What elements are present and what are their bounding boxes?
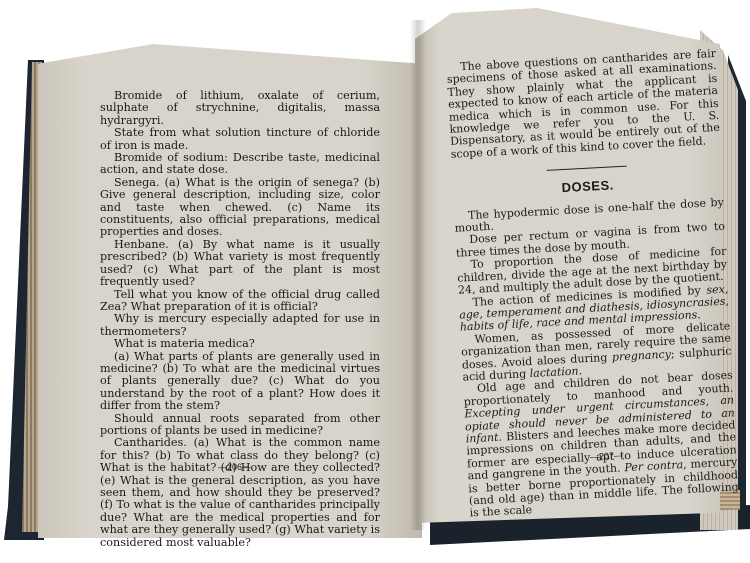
intro-paragraph: The above questions on cantharides are f… <box>446 48 721 161</box>
left-page-text: Bromide of lithium, oxalate of cerium, s… <box>100 90 380 549</box>
paragraph: Cantharides. (a) What is the common name… <box>100 437 380 549</box>
section-divider <box>547 166 627 171</box>
page-number-left: —206— <box>218 462 251 472</box>
paragraph: Bromide of sodium: Describe taste, medic… <box>100 152 380 177</box>
paragraph: State from what solution tincture of chl… <box>100 127 380 152</box>
paragraph: Henbane. (a) By what name is it usually … <box>100 239 380 289</box>
paragraph: Old age and children do not bear doses p… <box>463 370 740 520</box>
section-heading: DOSES. <box>453 174 723 201</box>
paragraph: Senega. (a) What is the origin of senega… <box>100 177 380 239</box>
paragraph: What is materia medica? <box>100 338 380 350</box>
page-number-right: —207— <box>590 450 624 462</box>
paragraph: Tell what you know of the official drug … <box>100 289 380 314</box>
paragraph: (a) What parts of plants are generally u… <box>100 351 380 413</box>
paragraph: Bromide of lithium, oxalate of cerium, s… <box>100 90 380 127</box>
paragraph: Should annual roots separated from other… <box>100 413 380 438</box>
right-page-text: The above questions on cantharides are f… <box>446 48 740 520</box>
book-photo: Bromide of lithium, oxalate of cerium, s… <box>0 0 750 563</box>
paragraph: Why is mercury especially adapted for us… <box>100 313 380 338</box>
italic-run: pregnancy <box>612 347 672 363</box>
book-gutter <box>410 20 426 530</box>
